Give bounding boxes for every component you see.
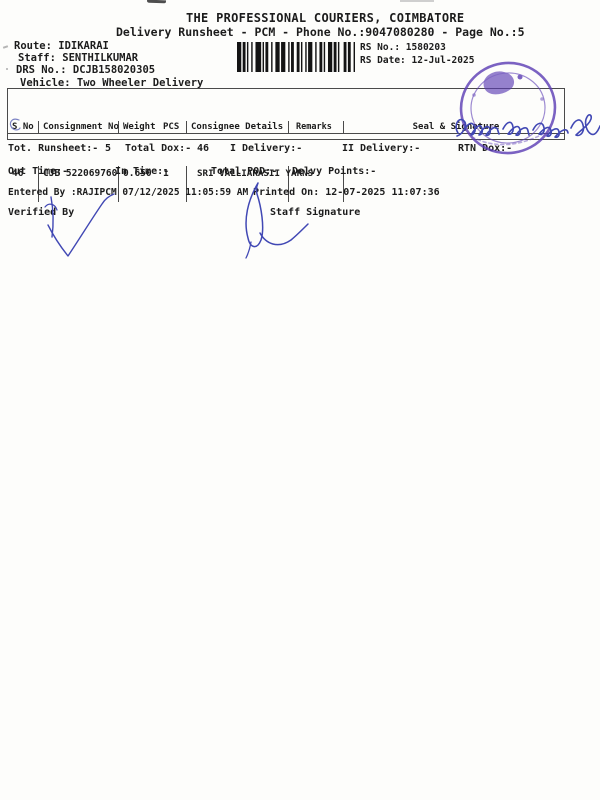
staff-value: SENTHILKUMAR [62, 52, 138, 64]
pen-mark-c [7, 117, 23, 133]
header-weight: Weight [123, 123, 163, 133]
rs-no-value: 1580203 [406, 42, 446, 53]
drs-label: DRS No.: [16, 64, 67, 76]
rs-no-label: RS No.: [360, 42, 400, 53]
header-remarks: Remarks [289, 121, 344, 134]
in-time-label: In Time:- [115, 167, 169, 177]
staff-label: Staff: [18, 52, 56, 64]
header-consignee-details: Consignee Details [187, 121, 289, 134]
page-title: THE PROFESSIONAL COURIERS, COIMBATORE [186, 12, 464, 24]
staff-line: Staff: SENTHILKUMAR [18, 53, 138, 64]
rs-no-line: RS No.: 1580203 [360, 43, 446, 53]
page-subtitle: Delivery Runsheet - PCM - Phone No.:9047… [116, 27, 525, 39]
tot-runsheet-label: Tot. Runsheet:- [8, 144, 98, 154]
barcode [237, 42, 355, 72]
route-value: IDIKARAI [58, 40, 109, 52]
delvy-points-label: Delvy Points:- [292, 167, 376, 177]
header-weight-pcs: WeightPCS [119, 121, 187, 134]
out-time-label: Out Time:- [8, 167, 68, 177]
tot-runsheet-value: 5 [105, 144, 111, 154]
header-pcs: PCS [163, 123, 179, 133]
header-consignment-no: Consignment No [39, 121, 119, 134]
scan-artifact [3, 45, 8, 49]
total-pod-label: Total POD:- [211, 167, 277, 177]
vehicle-line: Vehicle: Two Wheeler Delivery [20, 78, 203, 89]
scan-artifact [147, 0, 166, 3]
route-label: Route: [14, 40, 52, 52]
i-delivery-label: I Delivery:- [230, 144, 302, 154]
scan-artifact [6, 68, 8, 70]
drs-value: DCJB158020305 [73, 64, 155, 76]
total-dox-value: 46 [197, 144, 209, 154]
verified-signature [40, 190, 120, 265]
scan-artifact [400, 0, 434, 2]
rs-date-label: RS Date: [360, 55, 406, 66]
total-dox-label: Total Dox:- [125, 144, 191, 154]
runsheet-document: THE PROFESSIONAL COURIERS, COIMBATORE De… [0, 0, 600, 800]
staff-signature-scribble [233, 178, 323, 260]
drs-line: DRS No.: DCJB158020305 [16, 65, 155, 76]
ii-delivery-label: II Delivery:- [342, 144, 420, 154]
stamp-emblem [484, 71, 515, 94]
route-line: Route: IDIKARAI [14, 41, 109, 52]
seal-stamp [450, 55, 600, 165]
stamp-signature [456, 115, 600, 137]
